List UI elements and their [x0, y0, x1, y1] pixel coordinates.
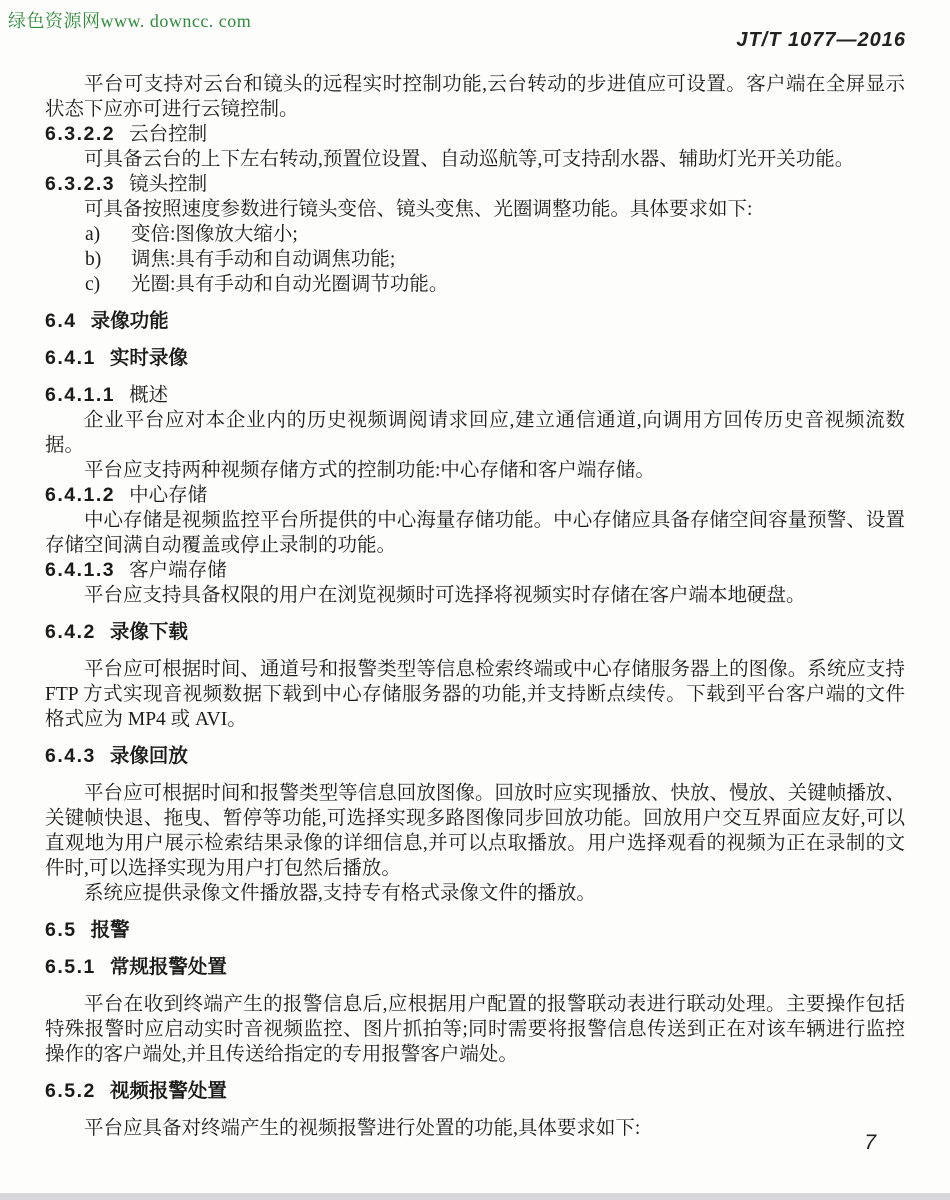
list-item-text: 光圈:具有手动和自动光圈调节功能。: [131, 272, 448, 297]
section-title: 录像功能: [91, 309, 169, 334]
section-title: 实时录像: [110, 346, 188, 371]
section-number: 6.4.2: [45, 620, 96, 645]
section-title: 云台控制: [129, 122, 207, 147]
section-number: 6.4.1: [45, 346, 96, 371]
section-heading-6-4-2: 6.4.2 录像下载: [45, 620, 905, 645]
section-title: 常规报警处置: [110, 955, 227, 980]
page-bottom-edge: [0, 1193, 950, 1200]
section-number: 6.3.2.3: [45, 172, 115, 197]
section-heading-6-4-3: 6.4.3 录像回放: [45, 744, 905, 769]
paragraph: 平台应可根据时间、通道号和报警类型等信息检索终端或中心存储服务器上的图像。系统应…: [45, 657, 905, 732]
list-marker: c): [85, 272, 131, 297]
section-title: 录像回放: [110, 744, 188, 769]
page-number: 7: [864, 1131, 876, 1155]
section-heading-6-4-1-1: 6.4.1.1 概述: [45, 383, 905, 408]
section-number: 6.5.2: [45, 1079, 96, 1104]
section-heading-6-4-1: 6.4.1 实时录像: [45, 346, 905, 371]
section-heading-6-5: 6.5 报警: [45, 918, 905, 943]
paragraph: 平台应具备对终端产生的视频报警进行处置的功能,具体要求如下:: [45, 1116, 905, 1141]
section-number: 6.5.1: [45, 955, 96, 980]
section-number: 6.4.1.1: [45, 383, 115, 408]
document-body: 平台可支持对云台和镜头的远程实时控制功能,云台转动的步进值应可设置。客户端在全屏…: [45, 72, 905, 1141]
section-heading-6-4-1-2: 6.4.1.2 中心存储: [45, 483, 905, 508]
section-heading-6-5-1: 6.5.1 常规报警处置: [45, 955, 905, 980]
standard-code: JT/T 1077—2016: [736, 29, 906, 52]
list-item-b: b) 调焦:具有手动和自动调焦功能;: [45, 247, 905, 272]
section-title: 报警: [91, 918, 130, 943]
section-heading-6-5-2: 6.5.2 视频报警处置: [45, 1079, 905, 1104]
section-title: 视频报警处置: [110, 1079, 227, 1104]
section-number: 6.4.3: [45, 744, 96, 769]
paragraph: 中心存储是视频监控平台所提供的中心海量存储功能。中心存储应具备存储空间容量预警、…: [45, 508, 905, 558]
list-marker: b): [85, 247, 131, 272]
paragraph: 可具备按照速度参数进行镜头变倍、镜头变焦、光圈调整功能。具体要求如下:: [45, 197, 905, 222]
section-heading-6-4: 6.4 录像功能: [45, 309, 905, 334]
section-title: 客户端存储: [129, 558, 227, 583]
section-number: 6.4.1.3: [45, 558, 115, 583]
section-number: 6.5: [45, 918, 77, 943]
list-item-a: a) 变倍:图像放大缩小;: [45, 222, 905, 247]
section-number: 6.4.1.2: [45, 483, 115, 508]
paragraph: 平台可支持对云台和镜头的远程实时控制功能,云台转动的步进值应可设置。客户端在全屏…: [45, 72, 905, 122]
section-title: 中心存储: [129, 483, 207, 508]
list-item-text: 调焦:具有手动和自动调焦功能;: [131, 247, 395, 272]
paragraph: 平台在收到终端产生的报警信息后,应根据用户配置的报警联动表进行联动处理。主要操作…: [45, 992, 905, 1067]
paragraph: 企业平台应对本企业内的历史视频调阅请求回应,建立通信通道,向调用方回传历史音视频…: [45, 408, 905, 458]
paragraph: 平台应支持两种视频存储方式的控制功能:中心存储和客户端存储。: [45, 458, 905, 483]
section-title: 镜头控制: [129, 172, 207, 197]
watermark-text: 绿色资源网www. downcc. com: [8, 7, 251, 33]
section-heading-6-3-2-3: 6.3.2.3 镜头控制: [45, 172, 905, 197]
section-title: 录像下载: [110, 620, 188, 645]
paragraph: 平台应可根据时间和报警类型等信息回放图像。回放时应实现播放、快放、慢放、关键帧播…: [45, 781, 905, 881]
section-heading-6-4-1-3: 6.4.1.3 客户端存储: [45, 558, 905, 583]
section-number: 6.3.2.2: [45, 122, 115, 147]
section-number: 6.4: [45, 309, 77, 334]
paragraph: 系统应提供录像文件播放器,支持专有格式录像文件的播放。: [45, 881, 905, 906]
list-item-c: c) 光圈:具有手动和自动光圈调节功能。: [45, 272, 905, 297]
list-item-text: 变倍:图像放大缩小;: [131, 222, 298, 247]
paragraph: 平台应支持具备权限的用户在浏览视频时可选择将视频实时存储在客户端本地硬盘。: [45, 583, 905, 608]
paragraph: 可具备云台的上下左右转动,预置位设置、自动巡航等,可支持刮水器、辅助灯光开关功能…: [45, 147, 905, 172]
section-title: 概述: [129, 383, 168, 408]
section-heading-6-3-2-2: 6.3.2.2 云台控制: [45, 122, 905, 147]
list-marker: a): [85, 222, 131, 247]
scanned-document-page: 绿色资源网www. downcc. com JT/T 1077—2016 平台可…: [0, 0, 950, 1200]
